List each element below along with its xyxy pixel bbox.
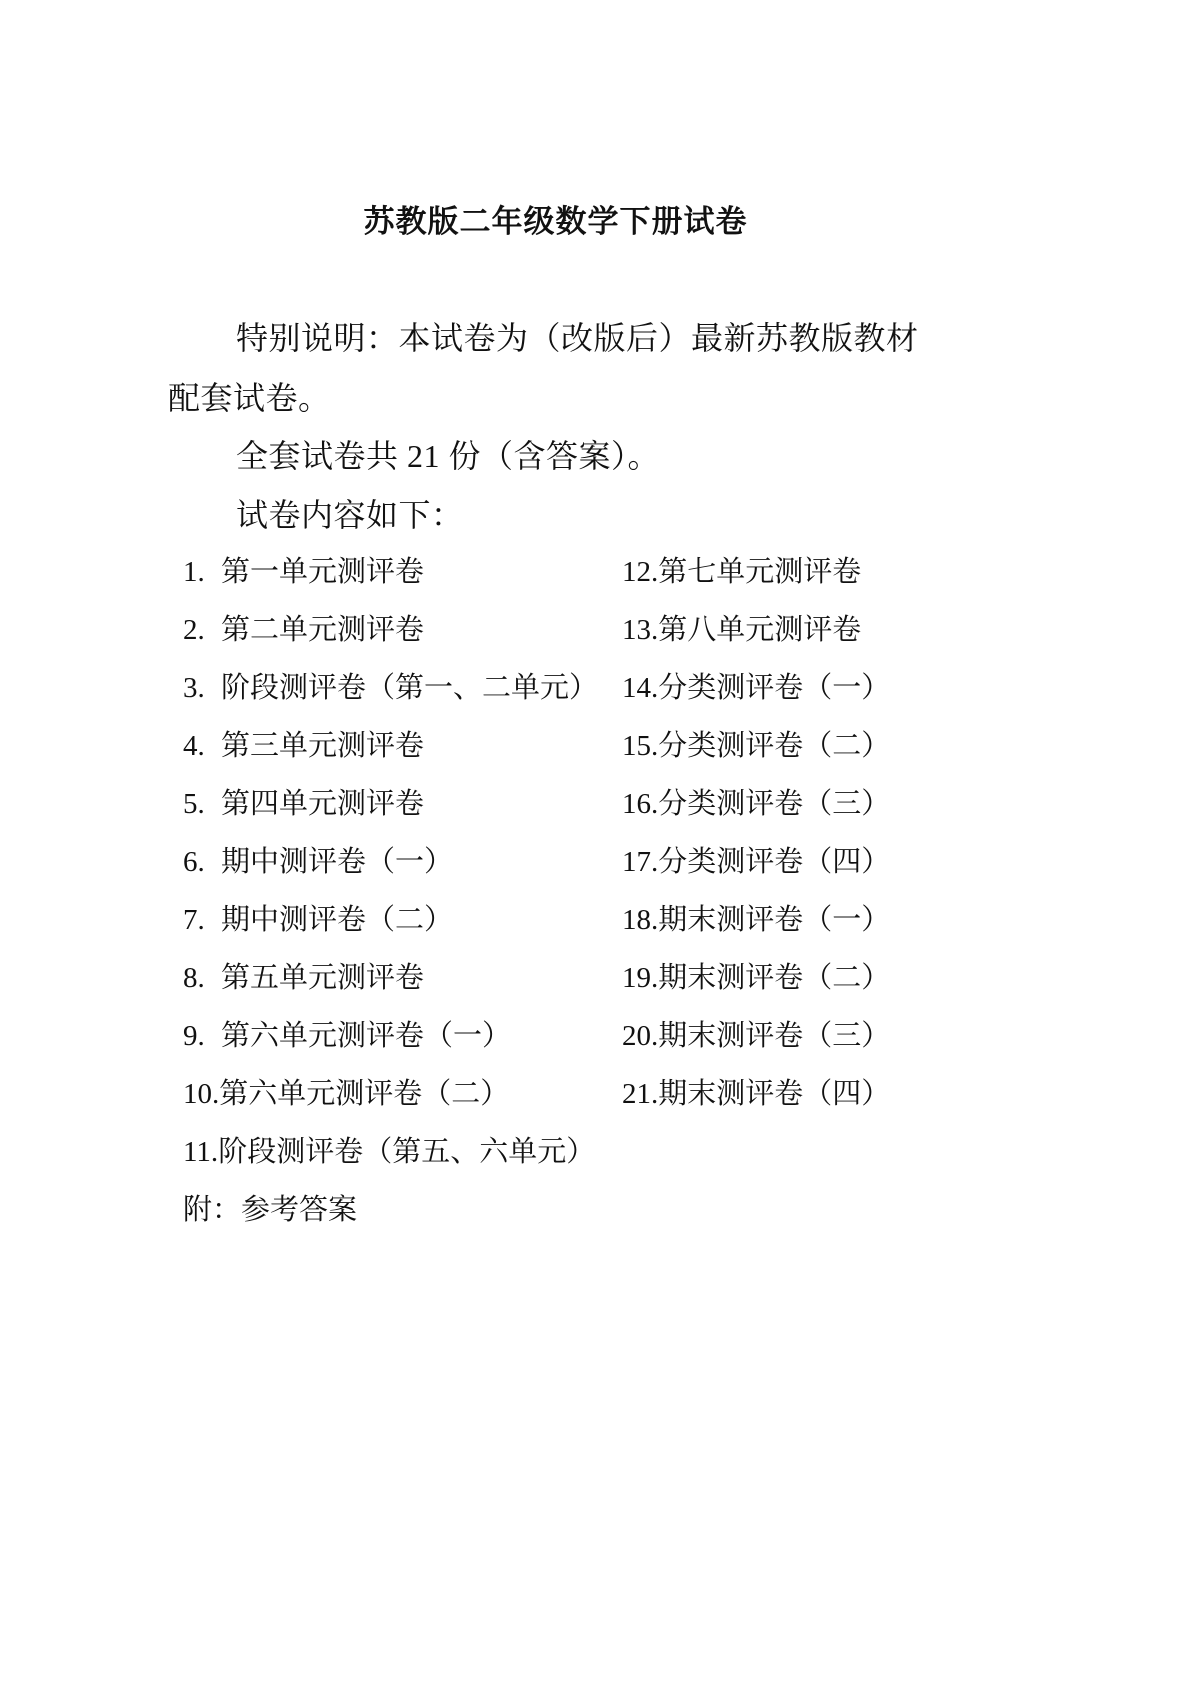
- contents-row: 7.期中测评卷（二） 18.期末测评卷（一）: [183, 900, 943, 958]
- item-label: 期末测评卷（四）: [658, 1078, 890, 1110]
- list-item: 2.第二单元测评卷: [183, 610, 424, 650]
- list-item: 15.分类测评卷（二）: [622, 726, 890, 766]
- item-number: 10.: [183, 1074, 219, 1114]
- list-item: 8.第五单元测评卷: [183, 958, 424, 998]
- item-number: 9.: [183, 1016, 221, 1056]
- item-label: 第一单元测评卷: [221, 556, 424, 588]
- item-number: 2.: [183, 610, 221, 650]
- item-label: 分类测评卷（三）: [658, 788, 890, 820]
- document-title: 苏教版二年级数学下册试卷: [0, 196, 1111, 241]
- list-item: 21.期末测评卷（四）: [622, 1074, 890, 1114]
- item-number: 1.: [183, 552, 221, 592]
- item-label: 第七单元测评卷: [658, 556, 861, 588]
- item-number: 14.: [622, 668, 658, 708]
- item-label: 第四单元测评卷: [221, 788, 424, 820]
- item-label: 分类测评卷（一）: [658, 672, 890, 704]
- contents-intro: 试卷内容如下：: [236, 495, 464, 535]
- item-number: 18.: [622, 900, 658, 940]
- item-number: 16.: [622, 784, 658, 824]
- item-label: 第五单元测评卷: [221, 962, 424, 994]
- contents-row: 8.第五单元测评卷 19.期末测评卷（二）: [183, 958, 943, 1016]
- item-label: 第六单元测评卷（二）: [219, 1078, 509, 1110]
- item-number: 8.: [183, 958, 221, 998]
- item-number: 11.: [183, 1132, 218, 1172]
- item-number: 15.: [622, 726, 658, 766]
- list-item: 6.期中测评卷（一）: [183, 842, 453, 882]
- item-label: 第六单元测评卷（一）: [221, 1020, 511, 1052]
- list-item: 11.阶段测评卷（第五、六单元）: [183, 1132, 595, 1172]
- item-number: 17.: [622, 842, 658, 882]
- item-label: 期末测评卷（三）: [658, 1020, 890, 1052]
- list-item: 10.第六单元测评卷（二）: [183, 1074, 509, 1114]
- item-label: 阶段测评卷（第一、二单元）: [221, 672, 598, 704]
- list-item: 7.期中测评卷（二）: [183, 900, 453, 940]
- item-label: 阶段测评卷（第五、六单元）: [218, 1136, 595, 1168]
- contents-row: 4.第三单元测评卷 15.分类测评卷（二）: [183, 726, 943, 784]
- list-item: 18.期末测评卷（一）: [622, 900, 890, 940]
- item-number: 21.: [622, 1074, 658, 1114]
- list-item: 13.第八单元测评卷: [622, 610, 861, 650]
- item-label: 分类测评卷（四）: [658, 846, 890, 878]
- item-label: 期中测评卷（二）: [221, 904, 453, 936]
- item-label: 期末测评卷（一）: [658, 904, 890, 936]
- contents-row: 10.第六单元测评卷（二） 21.期末测评卷（四）: [183, 1074, 943, 1132]
- item-label: 第二单元测评卷: [221, 614, 424, 646]
- list-item: 9.第六单元测评卷（一）: [183, 1016, 511, 1056]
- list-item: 1.第一单元测评卷: [183, 552, 424, 592]
- list-item: 19.期末测评卷（二）: [622, 958, 890, 998]
- contents-list: 1.第一单元测评卷 12.第七单元测评卷 2.第二单元测评卷 13.第八单元测评…: [183, 552, 943, 1190]
- contents-row: 2.第二单元测评卷 13.第八单元测评卷: [183, 610, 943, 668]
- special-note-line2: 配套试卷。: [168, 378, 331, 418]
- contents-row: 1.第一单元测评卷 12.第七单元测评卷: [183, 552, 943, 610]
- contents-row: 5.第四单元测评卷 16.分类测评卷（三）: [183, 784, 943, 842]
- list-item: 3.阶段测评卷（第一、二单元）: [183, 668, 598, 708]
- item-number: 19.: [622, 958, 658, 998]
- appendix-note: 附：参考答案: [183, 1190, 357, 1230]
- contents-row: 11.阶段测评卷（第五、六单元）: [183, 1132, 943, 1190]
- list-item: 5.第四单元测评卷: [183, 784, 424, 824]
- item-number: 20.: [622, 1016, 658, 1056]
- item-number: 13.: [622, 610, 658, 650]
- list-item: 17.分类测评卷（四）: [622, 842, 890, 882]
- item-label: 期中测评卷（一）: [221, 846, 453, 878]
- item-number: 12.: [622, 552, 658, 592]
- list-item: 20.期末测评卷（三）: [622, 1016, 890, 1056]
- contents-row: 6.期中测评卷（一） 17.分类测评卷（四）: [183, 842, 943, 900]
- document-page: 苏教版二年级数学下册试卷 特别说明：本试卷为（改版后）最新苏教版教材 配套试卷。…: [0, 0, 1191, 1684]
- item-label: 分类测评卷（二）: [658, 730, 890, 762]
- item-number: 7.: [183, 900, 221, 940]
- list-item: 12.第七单元测评卷: [622, 552, 861, 592]
- special-note-line1: 特别说明：本试卷为（改版后）最新苏教版教材: [236, 318, 919, 358]
- list-item: 4.第三单元测评卷: [183, 726, 424, 766]
- contents-row: 9.第六单元测评卷（一） 20.期末测评卷（三）: [183, 1016, 943, 1074]
- item-number: 4.: [183, 726, 221, 766]
- item-number: 6.: [183, 842, 221, 882]
- item-number: 3.: [183, 668, 221, 708]
- item-label: 第三单元测评卷: [221, 730, 424, 762]
- item-label: 期末测评卷（二）: [658, 962, 890, 994]
- list-item: 16.分类测评卷（三）: [622, 784, 890, 824]
- item-number: 5.: [183, 784, 221, 824]
- contents-row: 3.阶段测评卷（第一、二单元） 14.分类测评卷（一）: [183, 668, 943, 726]
- item-label: 第八单元测评卷: [658, 614, 861, 646]
- list-item: 14.分类测评卷（一）: [622, 668, 890, 708]
- total-note: 全套试卷共 21 份（含答案）。: [236, 436, 660, 476]
